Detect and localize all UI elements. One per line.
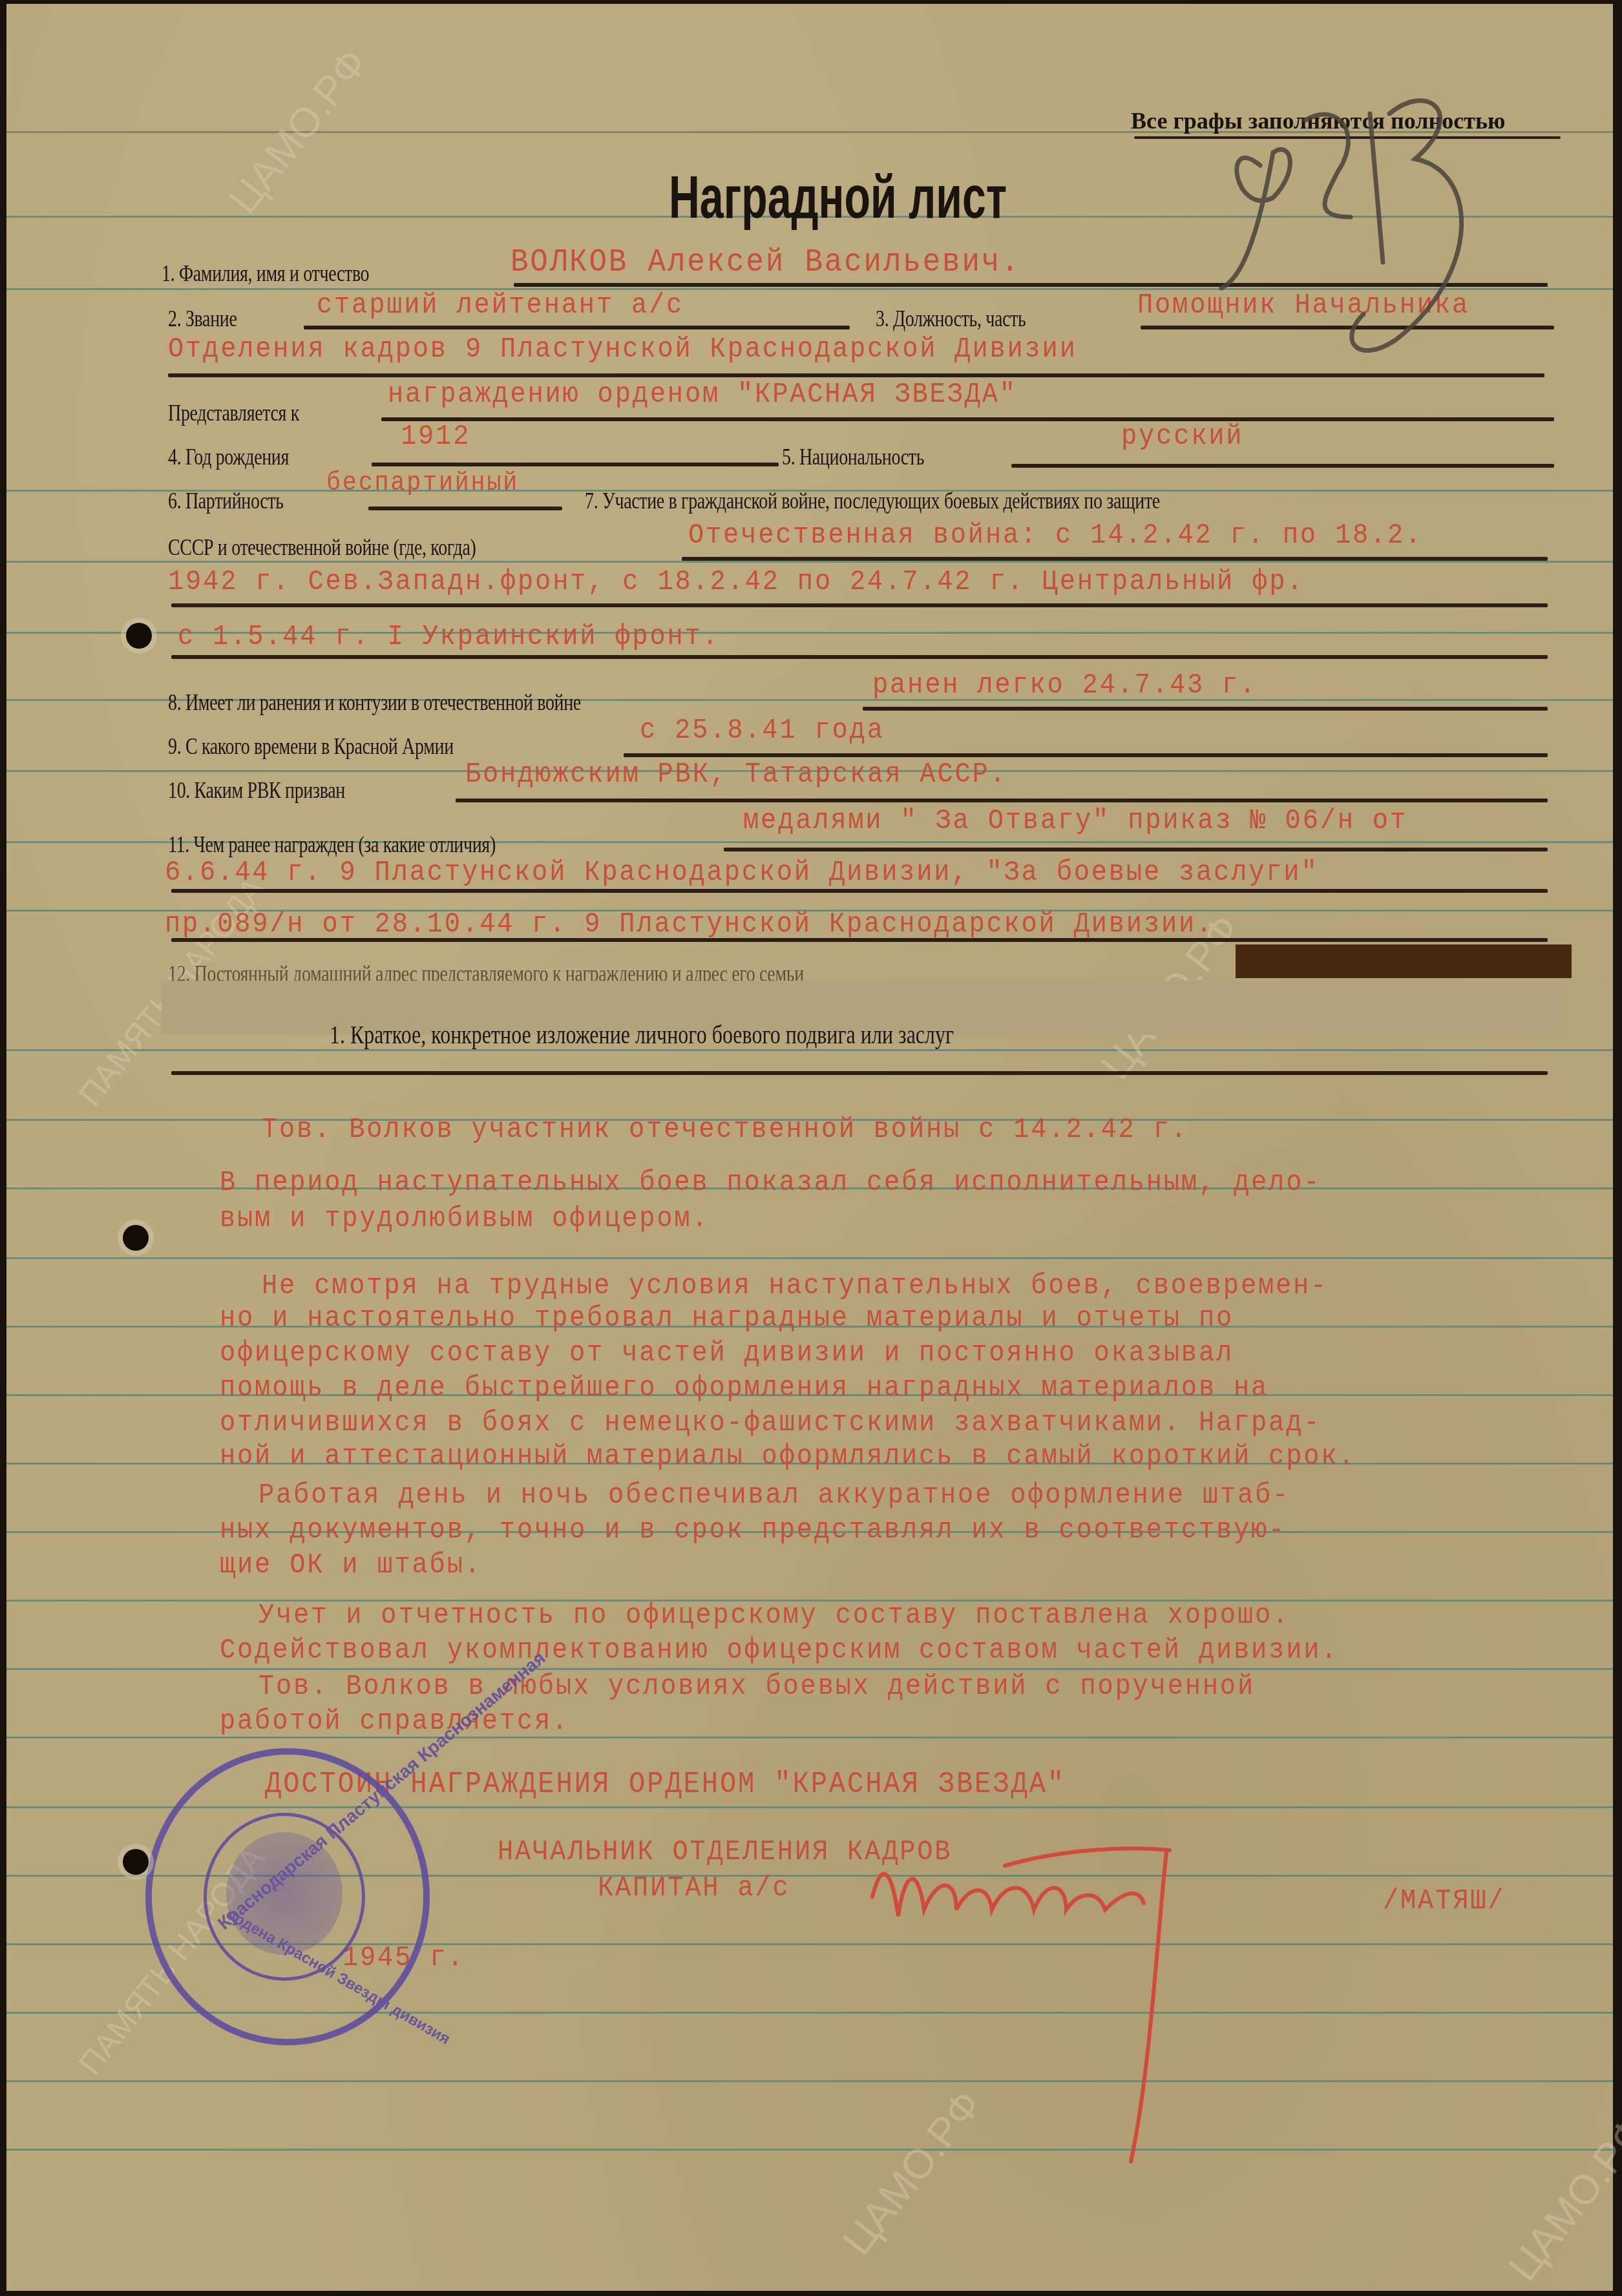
- pencil-number-icon: [1221, 101, 1462, 351]
- handwriting-layer: [6, 4, 1613, 2291]
- award-sheet-page: ЦАМО.РФ ЦАМО.РФ ЦАМО.РФ ЦАМО.РФ ПАМЯТЬ Н…: [6, 4, 1613, 2291]
- signature-icon: [872, 1848, 1170, 2162]
